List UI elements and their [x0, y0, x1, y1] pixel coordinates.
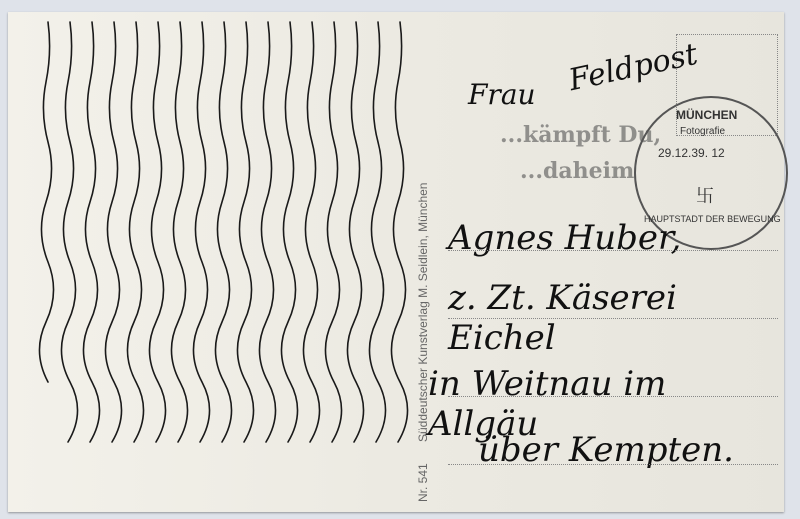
address-name: Agnes Huber,	[448, 218, 681, 258]
swastika-icon: 卐	[696, 182, 714, 208]
postcard: Nr. 541 Süddeutscher Kunstverlag M. Seid…	[8, 12, 784, 512]
handwritten-letter	[8, 12, 428, 512]
card-number: Nr. 541	[416, 463, 430, 502]
address-salutation: Frau	[468, 78, 536, 111]
slogan-cancellation: ...kämpft Du, ...daheim	[460, 102, 661, 184]
